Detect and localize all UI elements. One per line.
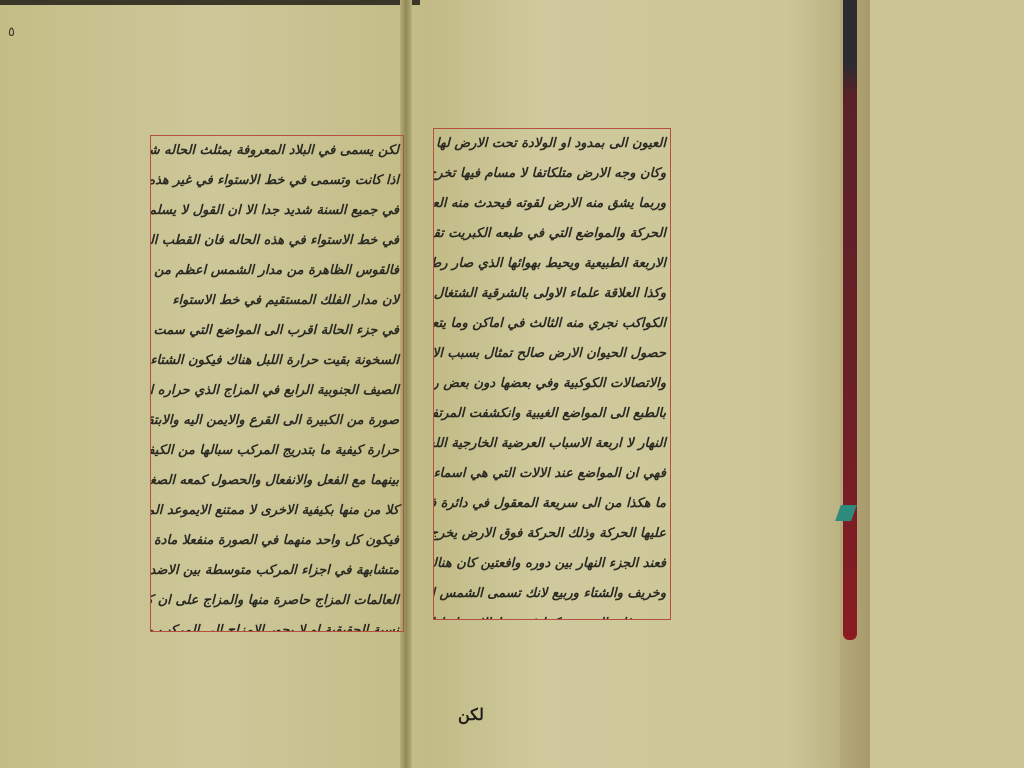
text-line: صورة من الكبيرة الى القرع والايمن اليه و… — [151, 406, 403, 436]
text-line: ما هكذا من الى سريعة المعقول في دائرة فل… — [434, 489, 670, 519]
text-line: النهار لا اربعة الاسباب العرضية الخارجية… — [434, 429, 670, 459]
text-line: صيف غاية الشمس كما في خط الاستواء اذا كا… — [434, 609, 670, 620]
text-line: لكن يسمى في البلاد المعروفة بمثلث الحاله… — [151, 136, 403, 166]
text-line: وكان وجه الارض متلكاتفا لا مسام فيها تخر… — [434, 159, 670, 189]
text-line: فيكون كل واحد منهما في الصورة منفعلا ماد… — [151, 526, 403, 556]
text-line: في جزء الحالة اقرب الى المواضع التي سمت … — [151, 316, 403, 346]
text-line: كلا من منها بكيفية الاخرى لا ممتنع الايم… — [151, 496, 403, 526]
text-line: لان مدار الفلك المستقيم في خط الاستواء — [151, 286, 403, 316]
text-line: العيون الى بمدود او الولادة تحت الارض له… — [434, 129, 670, 159]
text-line: فعند الجزء النهار بين دوره وافعتين كان ه… — [434, 549, 670, 579]
text-line: وكذا العلاقة علماء الاولى بالشرقية الشتغ… — [434, 279, 670, 309]
text-line: عليها الحركة وذلك الحركة فوق الارض يخرج … — [434, 519, 670, 549]
text-line: فهي ان المواضع عند الالات التي هي اسماء … — [434, 459, 670, 489]
folio-number: ٥ — [8, 25, 15, 40]
left-page-text-block: لكن يسمى في البلاد المعروفة بمثلث الحاله… — [150, 135, 404, 632]
text-line: العالمات المزاج حاصرة منها والمزاج على ا… — [151, 586, 403, 616]
right-page-text-block: العيون الى بمدود او الولادة تحت الارض له… — [433, 128, 671, 620]
text-line: وخريف والشتاء وربيع لانك تسمى الشمس المس… — [434, 579, 670, 609]
text-line: الكواكب نجري منه الثالث في اماكن وما يتع… — [434, 309, 670, 339]
text-line: في جميع السنة شديد جدا الا ان القول لا ي… — [151, 196, 403, 226]
text-line: متشابهة في اجزاء المركب متوسطة بين الاضد… — [151, 556, 403, 586]
book-binding — [843, 0, 857, 640]
text-line: حرارة كيفية ما بتدريج المركب سبالها من ا… — [151, 436, 403, 466]
background-surface — [850, 0, 1024, 768]
text-line: السخونة بقيت حرارة اللبل هناك فيكون الشت… — [151, 346, 403, 376]
text-line: حصول الحيوان الارض صالح تمثال بسبب الاوض… — [434, 339, 670, 369]
text-line: في خط الاستواء في هذه الحاله فان القطب ا… — [151, 226, 403, 256]
page-top-shadow — [0, 0, 420, 5]
catchword: لكن — [458, 705, 484, 724]
text-line: الاربعة الطبيعية ويحيط بهوائها الذي صار … — [434, 249, 670, 279]
text-line: الصيف الجنوبية الرابع في المزاج الذي حرا… — [151, 376, 403, 406]
text-line: بالطبع الى المواضع الغيبية وانكشفت المرت… — [434, 399, 670, 429]
text-line: والاتصالات الكوكبية وفي بعضها دون بعض رب… — [434, 369, 670, 399]
text-line: بينهما مع الفعل والانفعال والحصول كمعه ا… — [151, 466, 403, 496]
text-line: اذا كانت وتسمى في خط الاستواء في غير هذه… — [151, 166, 403, 196]
text-line: نسبة الحقيقية او لا بحور الامزاج الى الم… — [151, 616, 403, 632]
text-line: فالقوس الظاهرة من مدار الشمس اعظم من الظ… — [151, 256, 403, 286]
text-line: الحركة والمواضع التي في طبعه الكبريت تقع… — [434, 219, 670, 249]
text-line: وربما يشق منه الارض لقوته فيحدث منه العي… — [434, 189, 670, 219]
